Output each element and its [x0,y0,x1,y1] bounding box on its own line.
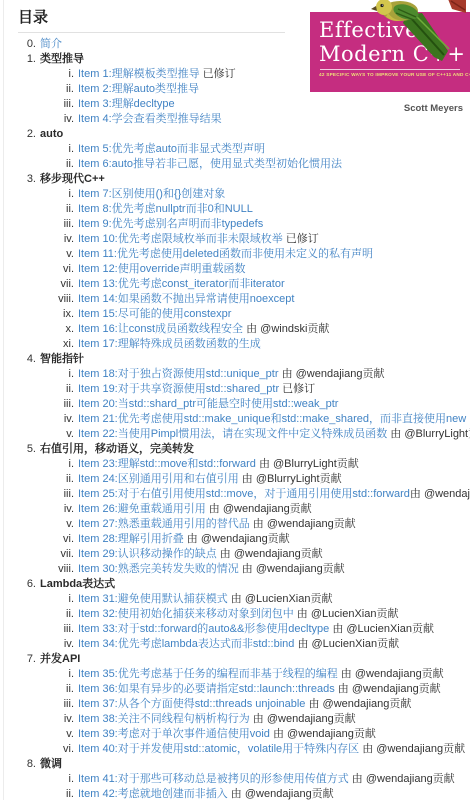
toc-item: i.Item 18:对于独占资源使用std::unique_ptr 由 @wen… [0,367,470,382]
item-status-text: 由 @wendajiang贡献 [349,773,455,785]
item-roman-number: viii. [18,562,74,577]
toc-item: ii.Item 24:区别通用引用和右值引用 由 @BlurryLight贡献 [0,472,470,487]
item-status-text: 由 @pusidun贡献 [466,413,470,425]
section-number: 3. [18,172,36,187]
item-link[interactable]: Item 24:区别通用引用和右值引用 [78,473,239,485]
item-roman-number: viii. [18,292,74,307]
section-number: 0. [18,37,36,52]
section-number: 6. [18,577,36,592]
item-status-text: 由 @wendajiang贡献 [338,668,444,680]
toc-item: ii.Item 32:使用初始化捕获来移动对象到闭包中 由 @LucienXia… [0,607,470,622]
toc-item: vi.Item 40:对于并发使用std::atomic，volatile用于特… [0,742,470,757]
item-status-text: 由 @LucienXian贡献 [329,623,434,635]
section-title: Lambda表达式 [40,578,115,590]
toc-item: vii.Item 13:优先考虑const_iterator而非iterator [0,277,470,292]
item-status-text: 由 @wendajiang贡献 [335,683,441,695]
item-roman-number: vi. [18,262,74,277]
section-number: 2. [18,127,36,142]
toc-item: i.Item 31:避免使用默认捕获模式 由 @LucienXian贡献 [0,592,470,607]
toc-item: ix.Item 15:尽可能的使用constexpr [0,307,470,322]
toc-item: ii.Item 42:考虑就地创建而非插入 由 @wendajiang贡献 [0,787,470,800]
item-roman-number: ii. [18,382,74,397]
item-status-text: 由 @wendajiang贡献 [250,713,356,725]
item-roman-number: i. [18,142,74,157]
book-author: Scott Meyers [404,103,463,114]
item-roman-number: vi. [18,532,74,547]
item-roman-number: iii. [18,97,74,112]
item-roman-number: ii. [18,607,74,622]
item-link[interactable]: Item 12:使用override声明重载函数 [78,263,245,275]
toc-item: i.Item 23:理解std::move和std::forward 由 @Bl… [0,457,470,472]
item-roman-number: v. [18,727,74,742]
item-link[interactable]: Item 31:避免使用默认捕获模式 [78,593,228,605]
toc-item: vi.Item 28:理解引用折叠 由 @wendajiang贡献 [0,532,470,547]
item-link[interactable]: Item 27:熟悉重载通用引用的替代品 [78,518,250,530]
section-title: auto [40,128,63,140]
toc-item: ii.Item 6:auto推导若非己愿，使用显式类型初始化惯用法 [0,157,470,172]
item-link[interactable]: Item 35:优先考虑基于任务的编程而非基于线程的编程 [78,668,338,680]
toc-item: iv.Item 26:避免重载通用引用 由 @wendajiang贡献 [0,502,470,517]
toc-item: ii.Item 19:对于共享资源使用std::shared_ptr 已修订 [0,382,470,397]
item-status-text: 由 @wendajiang贡献 [206,503,312,515]
book-subtitle: 42 SPECIFIC WAYS TO IMPROVE YOUR USE OF … [319,73,437,78]
item-roman-number: iii. [18,397,74,412]
toc-item: i.Item 5:优先考虑auto而非显式类型声明 [0,142,470,157]
section-items: i.Item 23:理解std::move和std::forward 由 @Bl… [0,457,470,577]
item-link[interactable]: Item 39:考虑对于单次事件通信使用void [78,728,270,740]
item-roman-number: ii. [18,472,74,487]
item-status-text: 由 @LucienXian贡献 [228,593,333,605]
toc-section: 6.Lambda表达式i.Item 31:避免使用默认捕获模式 由 @Lucie… [0,577,470,652]
section-number: 4. [18,352,36,367]
item-roman-number: iv. [18,502,74,517]
toc-item: viii.Item 14:如果函数不抛出异常请使用noexcept [0,292,470,307]
item-link[interactable]: Item 10:优先考虑限域枚举而非未限域枚举 [78,233,283,245]
item-link[interactable]: Item 30:熟悉完美转发失败的情况 [78,563,239,575]
item-link[interactable]: Item 38:关注不同线程句柄析构行为 [78,713,250,725]
item-status-text: 已修订 [283,233,319,245]
item-link[interactable]: Item 41:对于那些可移动总是被拷贝的形参使用传值方式 [78,773,349,785]
toc-item: iv.Item 21:优先考虑使用std::make_unique和std::m… [0,412,470,427]
toc-item: v.Item 39:考虑对于单次事件通信使用void 由 @wendajiang… [0,727,470,742]
item-status-text: 由 @wendajiang贡献 [410,488,470,500]
item-roman-number: iv. [18,232,74,247]
item-link[interactable]: Item 6:auto推导若非己愿，使用显式类型初始化惯用法 [78,158,342,170]
toc-section: 4.智能指针i.Item 18:对于独占资源使用std::unique_ptr … [0,352,470,442]
section-title: 智能指针 [40,353,84,365]
section-number: 5. [18,442,36,457]
item-status-text: 由 @wendajiang贡献 [217,548,323,560]
item-link[interactable]: Item 40:对于并发使用std::atomic，volatile用于特殊内存… [78,743,359,755]
item-roman-number: i. [18,187,74,202]
toc-item: iii.Item 9:优先考虑别名声明而非typedefs [0,217,470,232]
section-number: 1. [18,52,36,67]
section-title: 类型推导 [40,53,84,65]
item-roman-number: vi. [18,742,74,757]
table-of-contents: 0.简介1.类型推导i.Item 1:理解模板类型推导 已修订ii.Item 2… [0,37,470,800]
item-link[interactable]: Item 1:理解模板类型推导 [78,68,200,80]
toc-item: i.Item 35:优先考虑基于任务的编程而非基于线程的编程 由 @wendaj… [0,667,470,682]
item-roman-number: iv. [18,712,74,727]
item-link[interactable]: Item 36:如果有异步的必要请指定std::launch::threads [78,683,335,695]
item-link[interactable]: Item 7:区别使用()和{}创建对象 [78,188,225,200]
toc-section: 7.并发APIi.Item 35:优先考虑基于任务的编程而非基于线程的编程 由 … [0,652,470,757]
item-link[interactable]: Item 17:理解特殊成员函数函数的生成 [78,338,261,350]
item-status-text: 由 @wendajiang贡献 [239,563,345,575]
section-title: 右值引用，移动语义，完美转发 [40,443,194,455]
item-status-text: 由 @wendajiang贡献 [305,698,411,710]
toc-item: viii.Item 30:熟悉完美转发失败的情况 由 @wendajiang贡献 [0,562,470,577]
section-items: i.Item 18:对于独占资源使用std::unique_ptr 由 @wen… [0,367,470,442]
toc-item: iv.Item 34:优先考虑lambda表达式而非std::bind 由 @L… [0,637,470,652]
section-items: i.Item 41:对于那些可移动总是被拷贝的形参使用传值方式 由 @wenda… [0,772,470,800]
toc-section: 8.微调i.Item 41:对于那些可移动总是被拷贝的形参使用传值方式 由 @w… [0,757,470,800]
toc-item: ii.Item 8:优先考虑nullptr而非0和NULL [0,202,470,217]
toc-item: iii.Item 20:当std::shard_ptr可能悬空时使用std::w… [0,397,470,412]
item-roman-number: v. [18,517,74,532]
toc-item: iv.Item 10:优先考虑限域枚举而非未限域枚举 已修订 [0,232,470,247]
item-link[interactable]: Item 13:优先考虑const_iterator而非iterator [78,278,285,290]
item-link[interactable]: Item 18:对于独占资源使用std::unique_ptr [78,368,279,380]
item-status-text: 由 @wendajiang贡献 [270,728,376,740]
item-roman-number: x. [18,322,74,337]
toc-item: i.Item 41:对于那些可移动总是被拷贝的形参使用传值方式 由 @wenda… [0,772,470,787]
toc-item: v.Item 27:熟悉重载通用引用的替代品 由 @wendajiang贡献 [0,517,470,532]
item-link[interactable]: Item 22:当使用Pimpl惯用法，请在实现文件中定义特殊成员函数 [78,428,387,440]
parrot-icon [348,0,466,65]
toc-section: 2.autoi.Item 5:优先考虑auto而非显式类型声明ii.Item 6… [0,127,470,172]
item-roman-number: iv. [18,112,74,127]
item-link[interactable]: Item 20:当std::shard_ptr可能悬空时使用std::weak_… [78,398,338,410]
section-title: 移步现代C++ [40,173,105,185]
toc-item: iii.Item 33:对于std::forward的auto&&形参使用dec… [0,622,470,637]
item-link[interactable]: Item 32:使用初始化捕获来移动对象到闭包中 [78,608,294,620]
item-status-text: 由 @wendajiang贡献 [184,533,290,545]
item-roman-number: ii. [18,787,74,800]
item-roman-number: iv. [18,412,74,427]
item-roman-number: iv. [18,637,74,652]
item-link[interactable]: Item 19:对于共享资源使用std::shared_ptr [78,383,279,395]
item-link[interactable]: Item 9:优先考虑别名声明而非typedefs [78,218,263,230]
item-link[interactable]: Item 14:如果函数不抛出异常请使用noexcept [78,293,294,305]
item-status-text: 由 @BlurryLight贡献 [239,473,342,485]
toc-section: 3.移步现代C++i.Item 7:区别使用()和{}创建对象ii.Item 8… [0,172,470,352]
item-link[interactable]: Item 4:学会查看类型推导结果 [78,113,222,125]
page-left-border [3,0,4,800]
toc-section: 5.右值引用，移动语义，完美转发i.Item 23:理解std::move和st… [0,442,470,577]
section-number: 8. [18,757,36,772]
item-link[interactable]: Item 33:对于std::forward的auto&&形参使用decltyp… [78,623,329,635]
item-roman-number: iii. [18,622,74,637]
item-roman-number: i. [18,592,74,607]
item-roman-number: iii. [18,697,74,712]
item-link[interactable]: Item 8:优先考虑nullptr而非0和NULL [78,203,253,215]
item-roman-number: v. [18,247,74,262]
item-link[interactable]: Item 11:优先考虑使用deleted函数而非使用未定义的私有声明 [78,248,373,260]
item-status-text: 已修订 [200,68,236,80]
item-roman-number: ii. [18,202,74,217]
item-status-text: 由 @LucienXian贡献 [294,638,399,650]
item-link[interactable]: Item 25:对于右值引用使用std::move，对于通用引用使用std::f… [78,488,410,500]
item-link[interactable]: Item 28:理解引用折叠 [78,533,184,545]
section-items: i.Item 35:优先考虑基于任务的编程而非基于线程的编程 由 @wendaj… [0,667,470,757]
toc-item: iii.Item 37:从各个方面使得std::threads unjoinab… [0,697,470,712]
item-link[interactable]: Item 21:优先考虑使用std::make_unique和std::make… [78,413,466,425]
toc-item: x.Item 16:让const成员函数线程安全 由 @windski贡献 [0,322,470,337]
item-link[interactable]: Item 3:理解decltype [78,98,175,110]
toc-item: vii.Item 29:认识移动操作的缺点 由 @wendajiang贡献 [0,547,470,562]
item-roman-number: i. [18,772,74,787]
item-roman-number: xi. [18,337,74,352]
item-status-text: 由 @BlurryLight贡献 [387,428,470,440]
item-status-text: 由 @LucienXian贡献 [294,608,399,620]
item-roman-number: vii. [18,547,74,562]
item-roman-number: i. [18,67,74,82]
section-items: i.Item 5:优先考虑auto而非显式类型声明ii.Item 6:auto推… [0,142,470,172]
item-link[interactable]: Item 29:认识移动操作的缺点 [78,548,217,560]
item-link[interactable]: Item 42:考虑就地创建而非插入 [78,788,228,800]
item-status-text: 已修订 [279,383,315,395]
item-link[interactable]: Item 26:避免重载通用引用 [78,503,206,515]
item-link[interactable]: Item 37:从各个方面使得std::threads unjoinable [78,698,305,710]
item-roman-number: i. [18,667,74,682]
toc-item: iv.Item 38:关注不同线程句柄析构行为 由 @wendajiang贡献 [0,712,470,727]
item-status-text: 由 @wendajiang贡献 [250,518,356,530]
toc-item: v.Item 22:当使用Pimpl惯用法，请在实现文件中定义特殊成员函数 由 … [0,427,470,442]
item-roman-number: i. [18,457,74,472]
item-status-text: 由 @BlurryLight贡献 [256,458,359,470]
item-link[interactable]: Item 34:优先考虑lambda表达式而非std::bind [78,638,294,650]
section-items: i.Item 7:区别使用()和{}创建对象ii.Item 8:优先考虑null… [0,187,470,352]
cover-divider [320,69,460,70]
item-roman-number: ii. [18,682,74,697]
toc-item: ii.Item 36:如果有异步的必要请指定std::launch::threa… [0,682,470,697]
item-link[interactable]: Item 16:让const成员函数线程安全 [78,323,243,335]
toc-item: iii.Item 25:对于右值引用使用std::move，对于通用引用使用st… [0,487,470,502]
item-roman-number: iii. [18,487,74,502]
item-link[interactable]: Item 23:理解std::move和std::forward [78,458,256,470]
item-roman-number: vii. [18,277,74,292]
toc-item: v.Item 11:优先考虑使用deleted函数而非使用未定义的私有声明 [0,247,470,262]
page-title: 目录 [18,6,285,33]
item-roman-number: ii. [18,82,74,97]
item-status-text: 由 @wendajiang贡献 [359,743,465,755]
item-link[interactable]: Item 2:理解auto类型推导 [78,83,199,95]
item-link[interactable]: Item 15:尽可能的使用constexpr [78,308,231,320]
item-roman-number: ii. [18,157,74,172]
section-number: 7. [18,652,36,667]
item-status-text: 由 @wendajiang贡献 [228,788,334,800]
section-title: 并发API [40,653,80,665]
item-roman-number: i. [18,367,74,382]
toc-item: i.Item 7:区别使用()和{}创建对象 [0,187,470,202]
book-cover-image: Effective Modern C++ 42 SPECIFIC WAYS TO… [304,0,470,128]
toc-item: xi.Item 17:理解特殊成员函数函数的生成 [0,337,470,352]
section-items: i.Item 31:避免使用默认捕获模式 由 @LucienXian贡献ii.I… [0,592,470,652]
item-link[interactable]: Item 5:优先考虑auto而非显式类型声明 [78,143,265,155]
item-status-text: 由 @wendajiang贡献 [279,368,385,380]
section-title: 微调 [40,758,62,770]
toc-item: vi.Item 12:使用override声明重载函数 [0,262,470,277]
item-status-text: 由 @windski贡献 [243,323,329,335]
section-link-0[interactable]: 简介 [40,38,62,50]
item-roman-number: iii. [18,217,74,232]
item-roman-number: v. [18,427,74,442]
item-roman-number: ix. [18,307,74,322]
